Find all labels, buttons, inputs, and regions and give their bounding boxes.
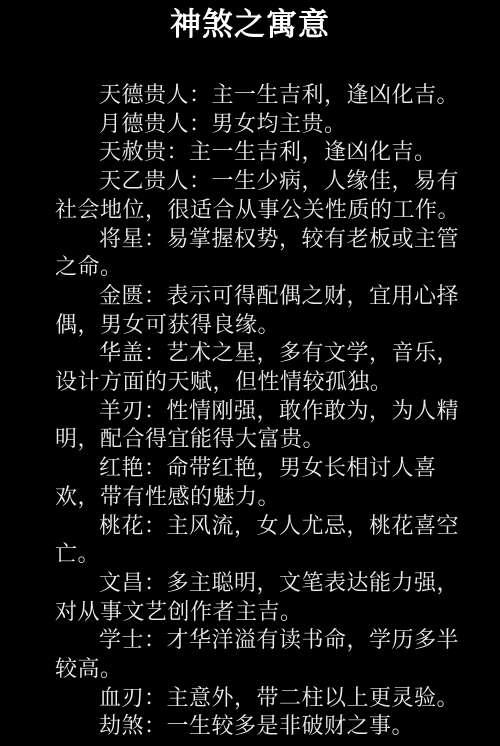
page-title: 神煞之寓意 xyxy=(0,0,500,44)
text-line: 文昌：多主聪明，文笔表达能力强， xyxy=(55,569,482,598)
text-line: 劫煞：一生较多是非破财之事。 xyxy=(55,712,482,741)
text-line: 较高。 xyxy=(55,655,482,684)
text-line: 天乙贵人：一生少病，人缘佳，易有 xyxy=(55,167,482,196)
text-line: 偶，男女可获得良缘。 xyxy=(55,311,482,340)
text-line: 之命。 xyxy=(55,253,482,282)
text-line: 明，配合得宜能得大富贵。 xyxy=(55,425,482,454)
text-line: 亡。 xyxy=(55,540,482,569)
text-line: 金匮：表示可得配偶之财，宜用心择 xyxy=(55,282,482,311)
text-line: 设计方面的天赋，但性情较孤独。 xyxy=(55,368,482,397)
text-line: 欢，带有性感的魅力。 xyxy=(55,483,482,512)
text-line: 羊刃：性情刚强，敢作敢为，为人精 xyxy=(55,397,482,426)
shensha-text-card: 神煞之寓意 天德贵人：主一生吉利，逢凶化吉。月德贵人：男女均主贵。天赦贵：主一生… xyxy=(0,0,500,746)
text-line: 学士：才华洋溢有读书命，学历多半 xyxy=(55,626,482,655)
text-line: 桃花：主风流，女人尤忌，桃花喜空 xyxy=(55,512,482,541)
text-line: 天德贵人：主一生吉利，逢凶化吉。 xyxy=(55,81,482,110)
text-line: 社会地位，很适合从事公关性质的工作。 xyxy=(55,196,482,225)
text-line: 将星：易掌握权势，较有老板或主管 xyxy=(55,225,482,254)
text-line: 对从事文艺创作者主吉。 xyxy=(55,598,482,627)
text-line: 红艳：命带红艳，男女长相讨人喜 xyxy=(55,454,482,483)
text-line: 血刃：主意外，带二柱以上更灵验。 xyxy=(55,684,482,713)
text-line: 天赦贵：主一生吉利，逢凶化吉。 xyxy=(55,138,482,167)
body-text: 天德贵人：主一生吉利，逢凶化吉。月德贵人：男女均主贵。天赦贵：主一生吉利，逢凶化… xyxy=(0,81,500,741)
text-line: 华盖：艺术之星，多有文学，音乐， xyxy=(55,339,482,368)
text-line: 月德贵人：男女均主贵。 xyxy=(55,110,482,139)
